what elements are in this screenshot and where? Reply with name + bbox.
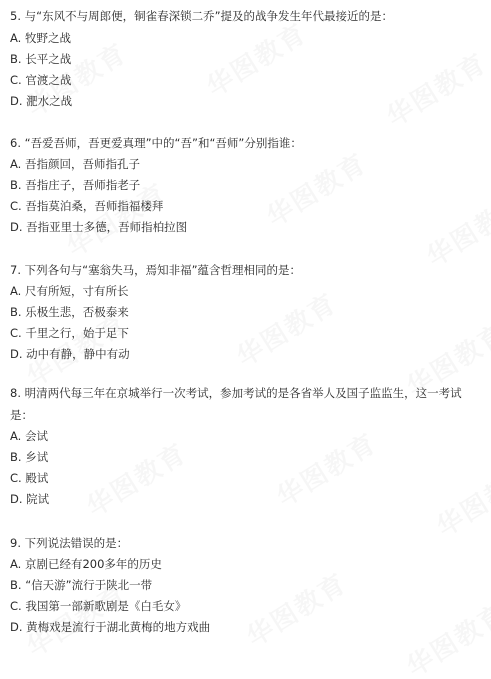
question-stem: 8. 明清两代每三年在京城举行一次考试，参加考试的是各省举人及国子监监生，这一考… — [10, 386, 462, 400]
option-b: B. 乡试 — [10, 450, 48, 464]
option-a: A. 牧野之战 — [10, 31, 71, 45]
option-d: D. 淝水之战 — [10, 94, 72, 108]
question-stem: 9. 下列说法错误的是： — [10, 536, 128, 550]
option-c: C. 吾指莫泊桑，吾师指福楼拜 — [10, 199, 163, 213]
watermark: 华图教育 — [399, 593, 491, 679]
watermark: 华图教育 — [199, 13, 314, 104]
watermark: 华图教育 — [419, 183, 491, 274]
watermark: 华图教育 — [229, 283, 344, 374]
option-b: B. 乐极生悲，否极泰来 — [10, 305, 129, 319]
watermark: 华图教育 — [239, 563, 354, 654]
watermark: 华图教育 — [269, 423, 384, 514]
option-d: D. 动中有静，静中有动 — [10, 347, 130, 361]
option-d: D. 黄梅戏是流行于湖北黄梅的地方戏曲 — [10, 620, 210, 634]
watermark: 华图教育 — [79, 433, 194, 524]
option-b: B. “信天游”流行于陕北一带 — [10, 578, 152, 592]
option-c: C. 官渡之战 — [10, 73, 71, 87]
option-d: D. 吾指亚里士多德，吾师指柏拉图 — [10, 220, 187, 234]
watermark: 华图教育 — [259, 143, 374, 234]
option-c: C. 我国第一部新歌剧是《白毛女》 — [10, 599, 186, 613]
option-a: A. 京剧已经有200多年的历史 — [10, 557, 162, 571]
option-c: C. 殿试 — [10, 471, 48, 485]
watermark: 华图教育 — [429, 453, 491, 544]
option-b: B. 吾指庄子，吾师指老子 — [10, 178, 140, 192]
option-a: A. 吾指颜回，吾师指孔子 — [10, 157, 140, 171]
option-d: D. 院试 — [10, 492, 49, 506]
question-stem-continued: 是： — [10, 408, 33, 422]
question-stem: 6. “吾爱吾师，吾更爱真理”中的“吾”和“吾师”分别指谁： — [10, 136, 302, 150]
option-c: C. 千里之行，始于足下 — [10, 326, 129, 340]
question-stem: 7. 下列各句与“塞翁失马，焉知非福”蕴含哲理相同的是： — [10, 263, 301, 277]
question-stem: 5. 与“东风不与周郎便，铜雀春深锁二乔”提及的战争发生年代最接近的是： — [10, 9, 393, 23]
option-a: A. 会试 — [10, 429, 48, 443]
option-a: A. 尺有所短，寸有所长 — [10, 284, 128, 298]
watermark: 华图教育 — [379, 43, 491, 134]
option-b: B. 长平之战 — [10, 52, 71, 66]
